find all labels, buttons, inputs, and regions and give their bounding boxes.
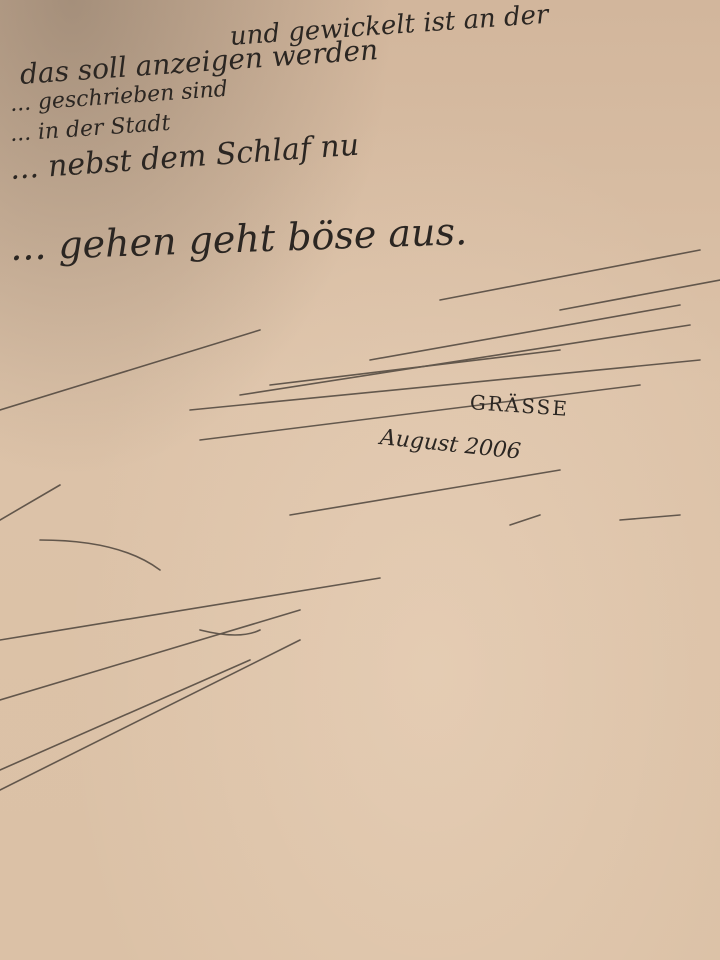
pencil-scribbles: [0, 0, 720, 960]
